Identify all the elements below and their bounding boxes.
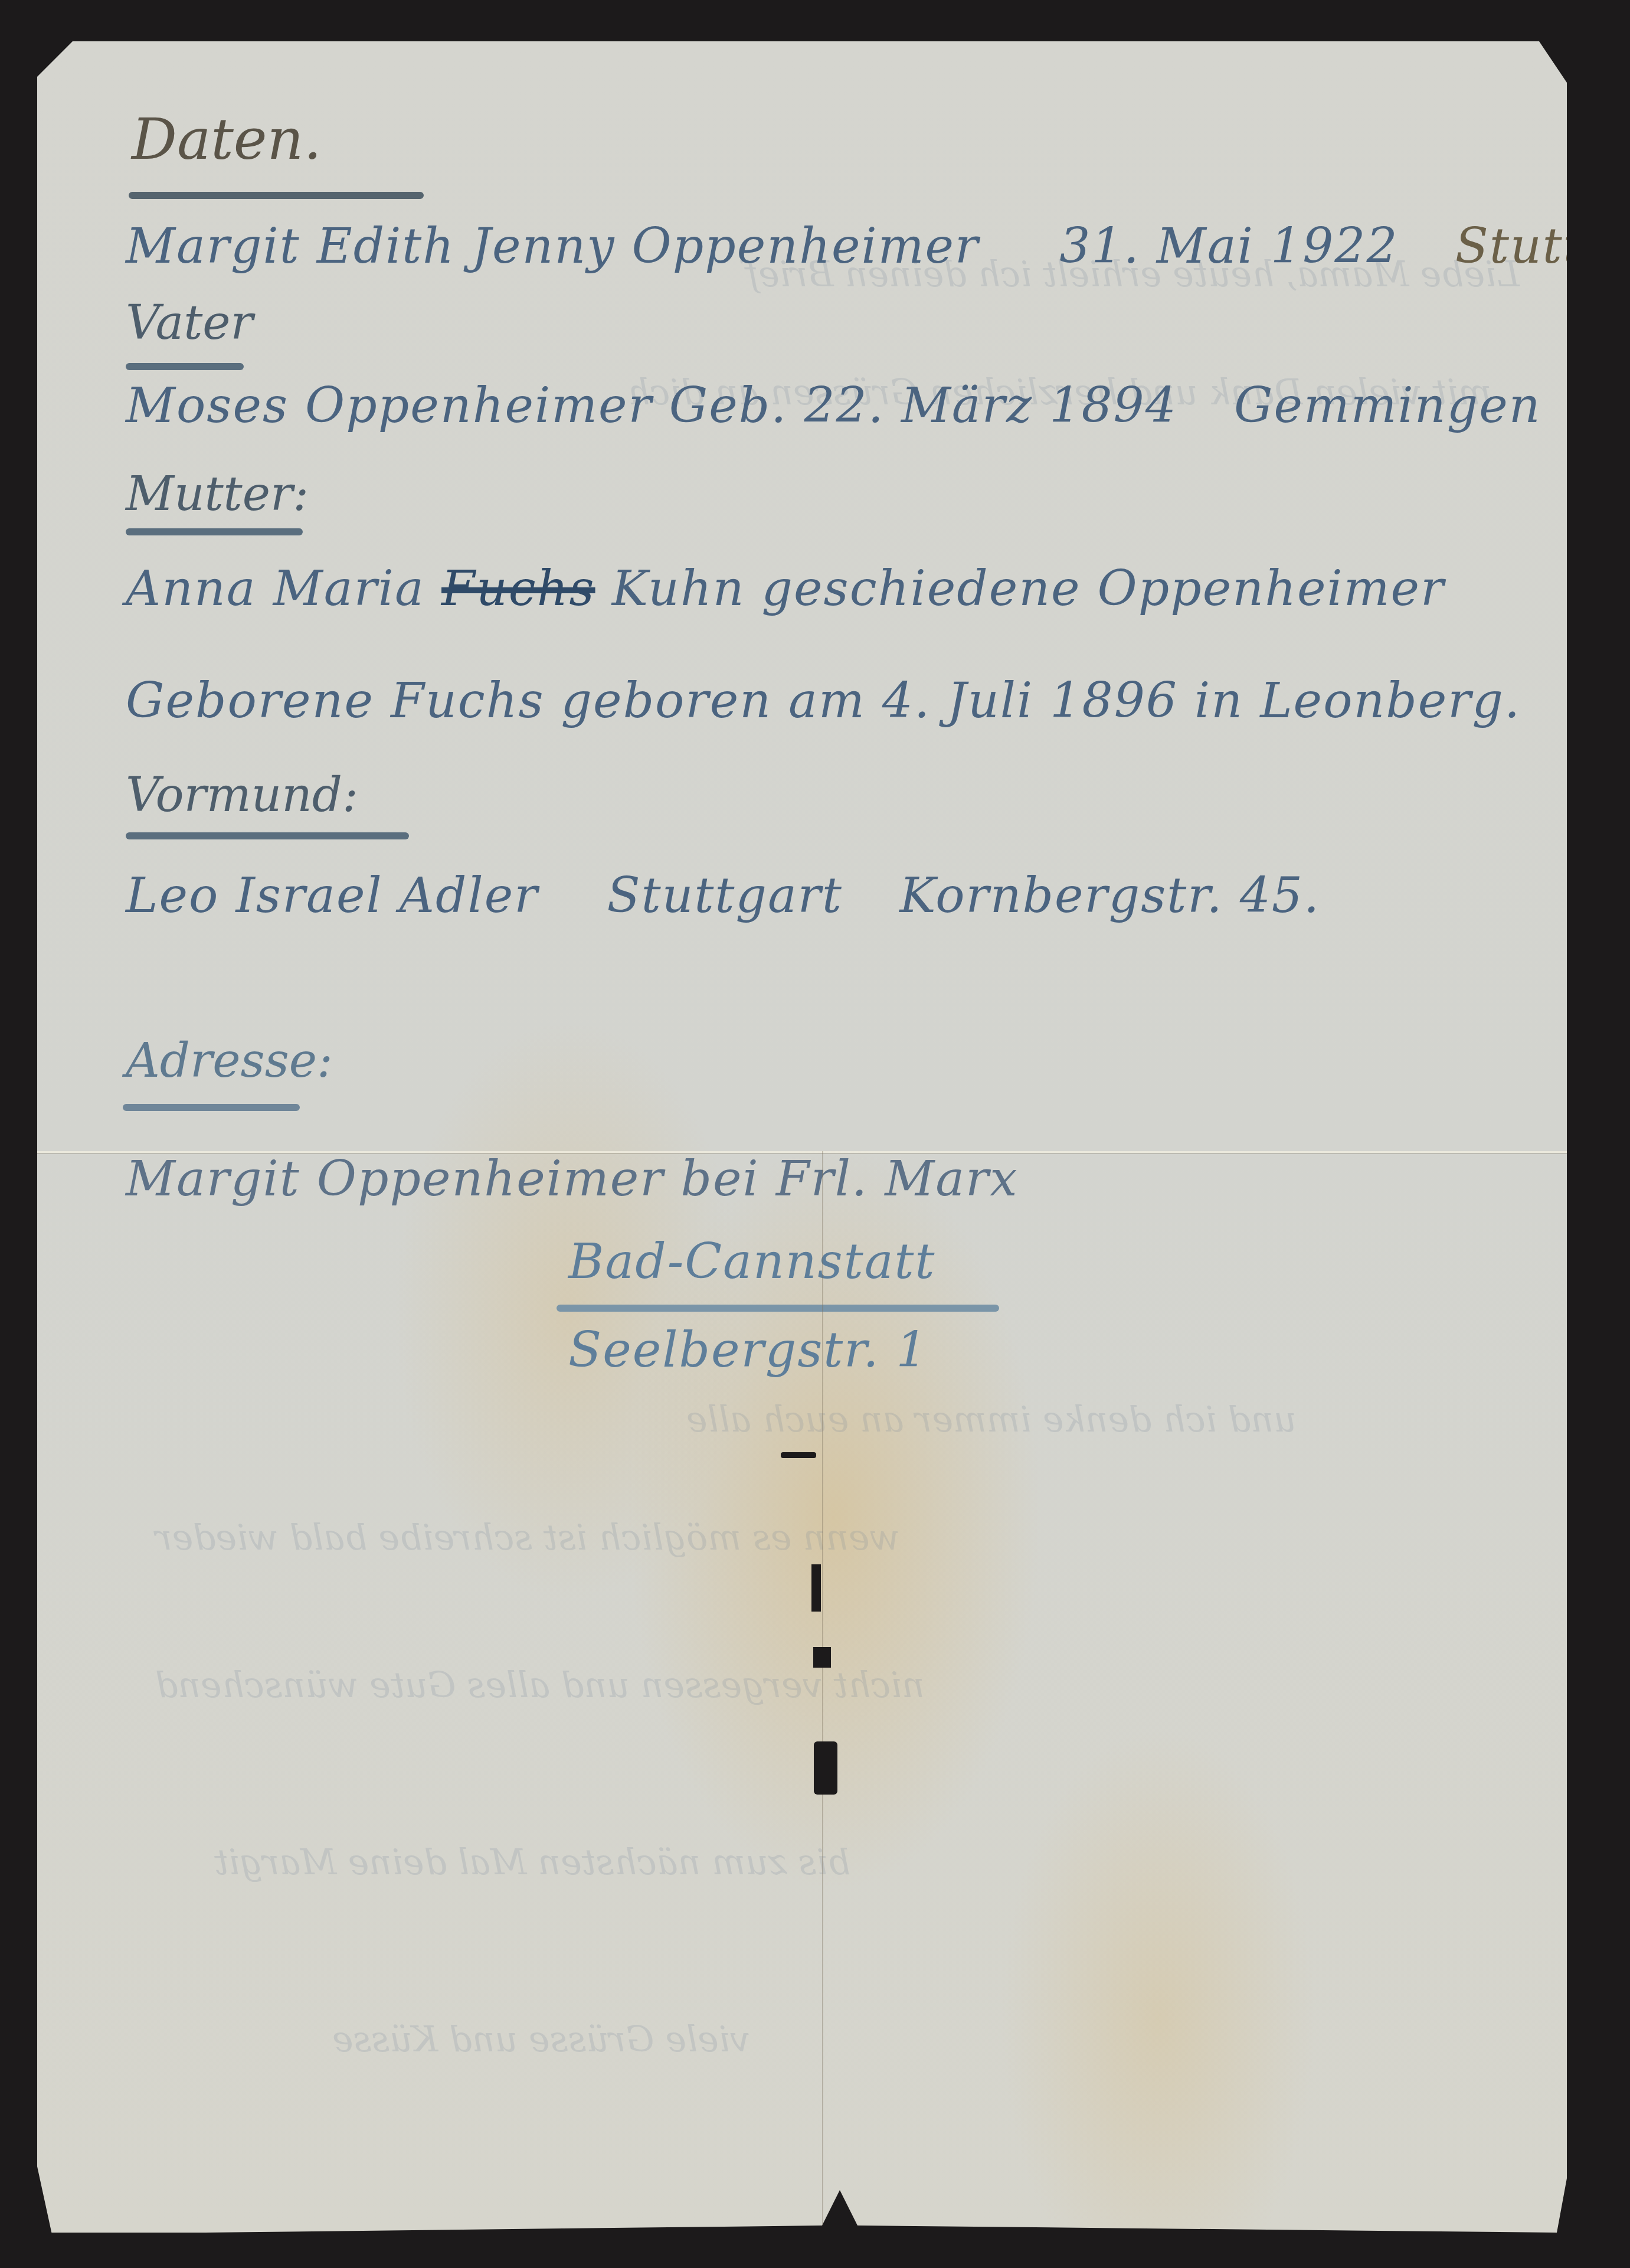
guardian-underline [126, 832, 409, 839]
page-title: Daten. [132, 106, 322, 172]
paper-tear [781, 1452, 816, 1458]
subject-line: Margit Edith Jenny Oppenheimer 31. Mai 1… [126, 218, 1630, 274]
address-line-1: Margit Oppenheimer bei Frl. Marx [126, 1151, 1019, 1207]
bleed-through-text: und ich denke immer an euch alle [686, 1399, 1297, 1440]
mother-struck-surname: Fuchs [441, 561, 595, 617]
mother-label: Mutter: [126, 466, 309, 521]
father-underline [126, 363, 244, 370]
father-birth-date: 22. März 1894 [804, 378, 1177, 434]
mother-underline [126, 528, 303, 535]
bleed-through-text: nicht vergessen und alles Gute wünschend [155, 1665, 925, 1706]
mother-first-names: Anna Maria [126, 561, 441, 617]
address-city: Bad-Cannstatt [568, 1234, 935, 1290]
address-street: Seelbergstr. 1 [568, 1322, 928, 1378]
mother-line-1: Anna Maria Fuchs Kuhn geschiedene Oppenh… [126, 561, 1445, 617]
horizontal-fold [37, 1151, 1567, 1153]
subject-birth-place: Stuttgart [1455, 218, 1630, 274]
subject-name: Margit Edith Jenny Oppenheimer [126, 218, 979, 274]
guardian-line: Leo Israel Adler Stuttgart Kornbergstr. … [126, 868, 1320, 924]
bleed-through-text: bis zum nächsten Mal deine Margit [214, 1842, 850, 1883]
address-city-underline [557, 1305, 999, 1312]
father-name: Moses Oppenheimer [126, 378, 653, 434]
address-underline [123, 1104, 300, 1111]
address-label: Adresse: [126, 1033, 333, 1088]
vertical-fold [822, 1151, 823, 2233]
subject-birth-date: 31. Mai 1922 [1059, 218, 1398, 274]
bleed-through-text: wenn es möglich ist schreibe bald wieder [155, 1517, 900, 1558]
father-born-prefix: Geb. [669, 378, 788, 434]
father-line: Moses Oppenheimer Geb. 22. März 1894 Gem… [126, 378, 1541, 434]
paper-hole [813, 1647, 831, 1668]
guardian-label: Vormund: [126, 767, 358, 822]
guardian-street: Kornbergstr. 45. [899, 868, 1320, 924]
guardian-name: Leo Israel Adler [126, 868, 538, 924]
title-underline [129, 192, 424, 199]
guardian-city: Stuttgart [607, 868, 843, 924]
father-label: Vater [126, 295, 253, 350]
father-birth-place: Gemmingen [1234, 378, 1541, 434]
bleed-through-text: viele Grüsse und Küsse [332, 2019, 750, 2060]
mother-line-2: Geborene Fuchs geboren am 4. Juli 1896 i… [126, 673, 1521, 729]
mother-current-surname: Kuhn geschiedene Oppenheimer [595, 561, 1445, 617]
document-page: Liebe Mama, heute erhielt ich deinen Bri… [37, 41, 1567, 2233]
paper-hole [814, 1741, 837, 1795]
paper-tear [811, 1564, 821, 1612]
